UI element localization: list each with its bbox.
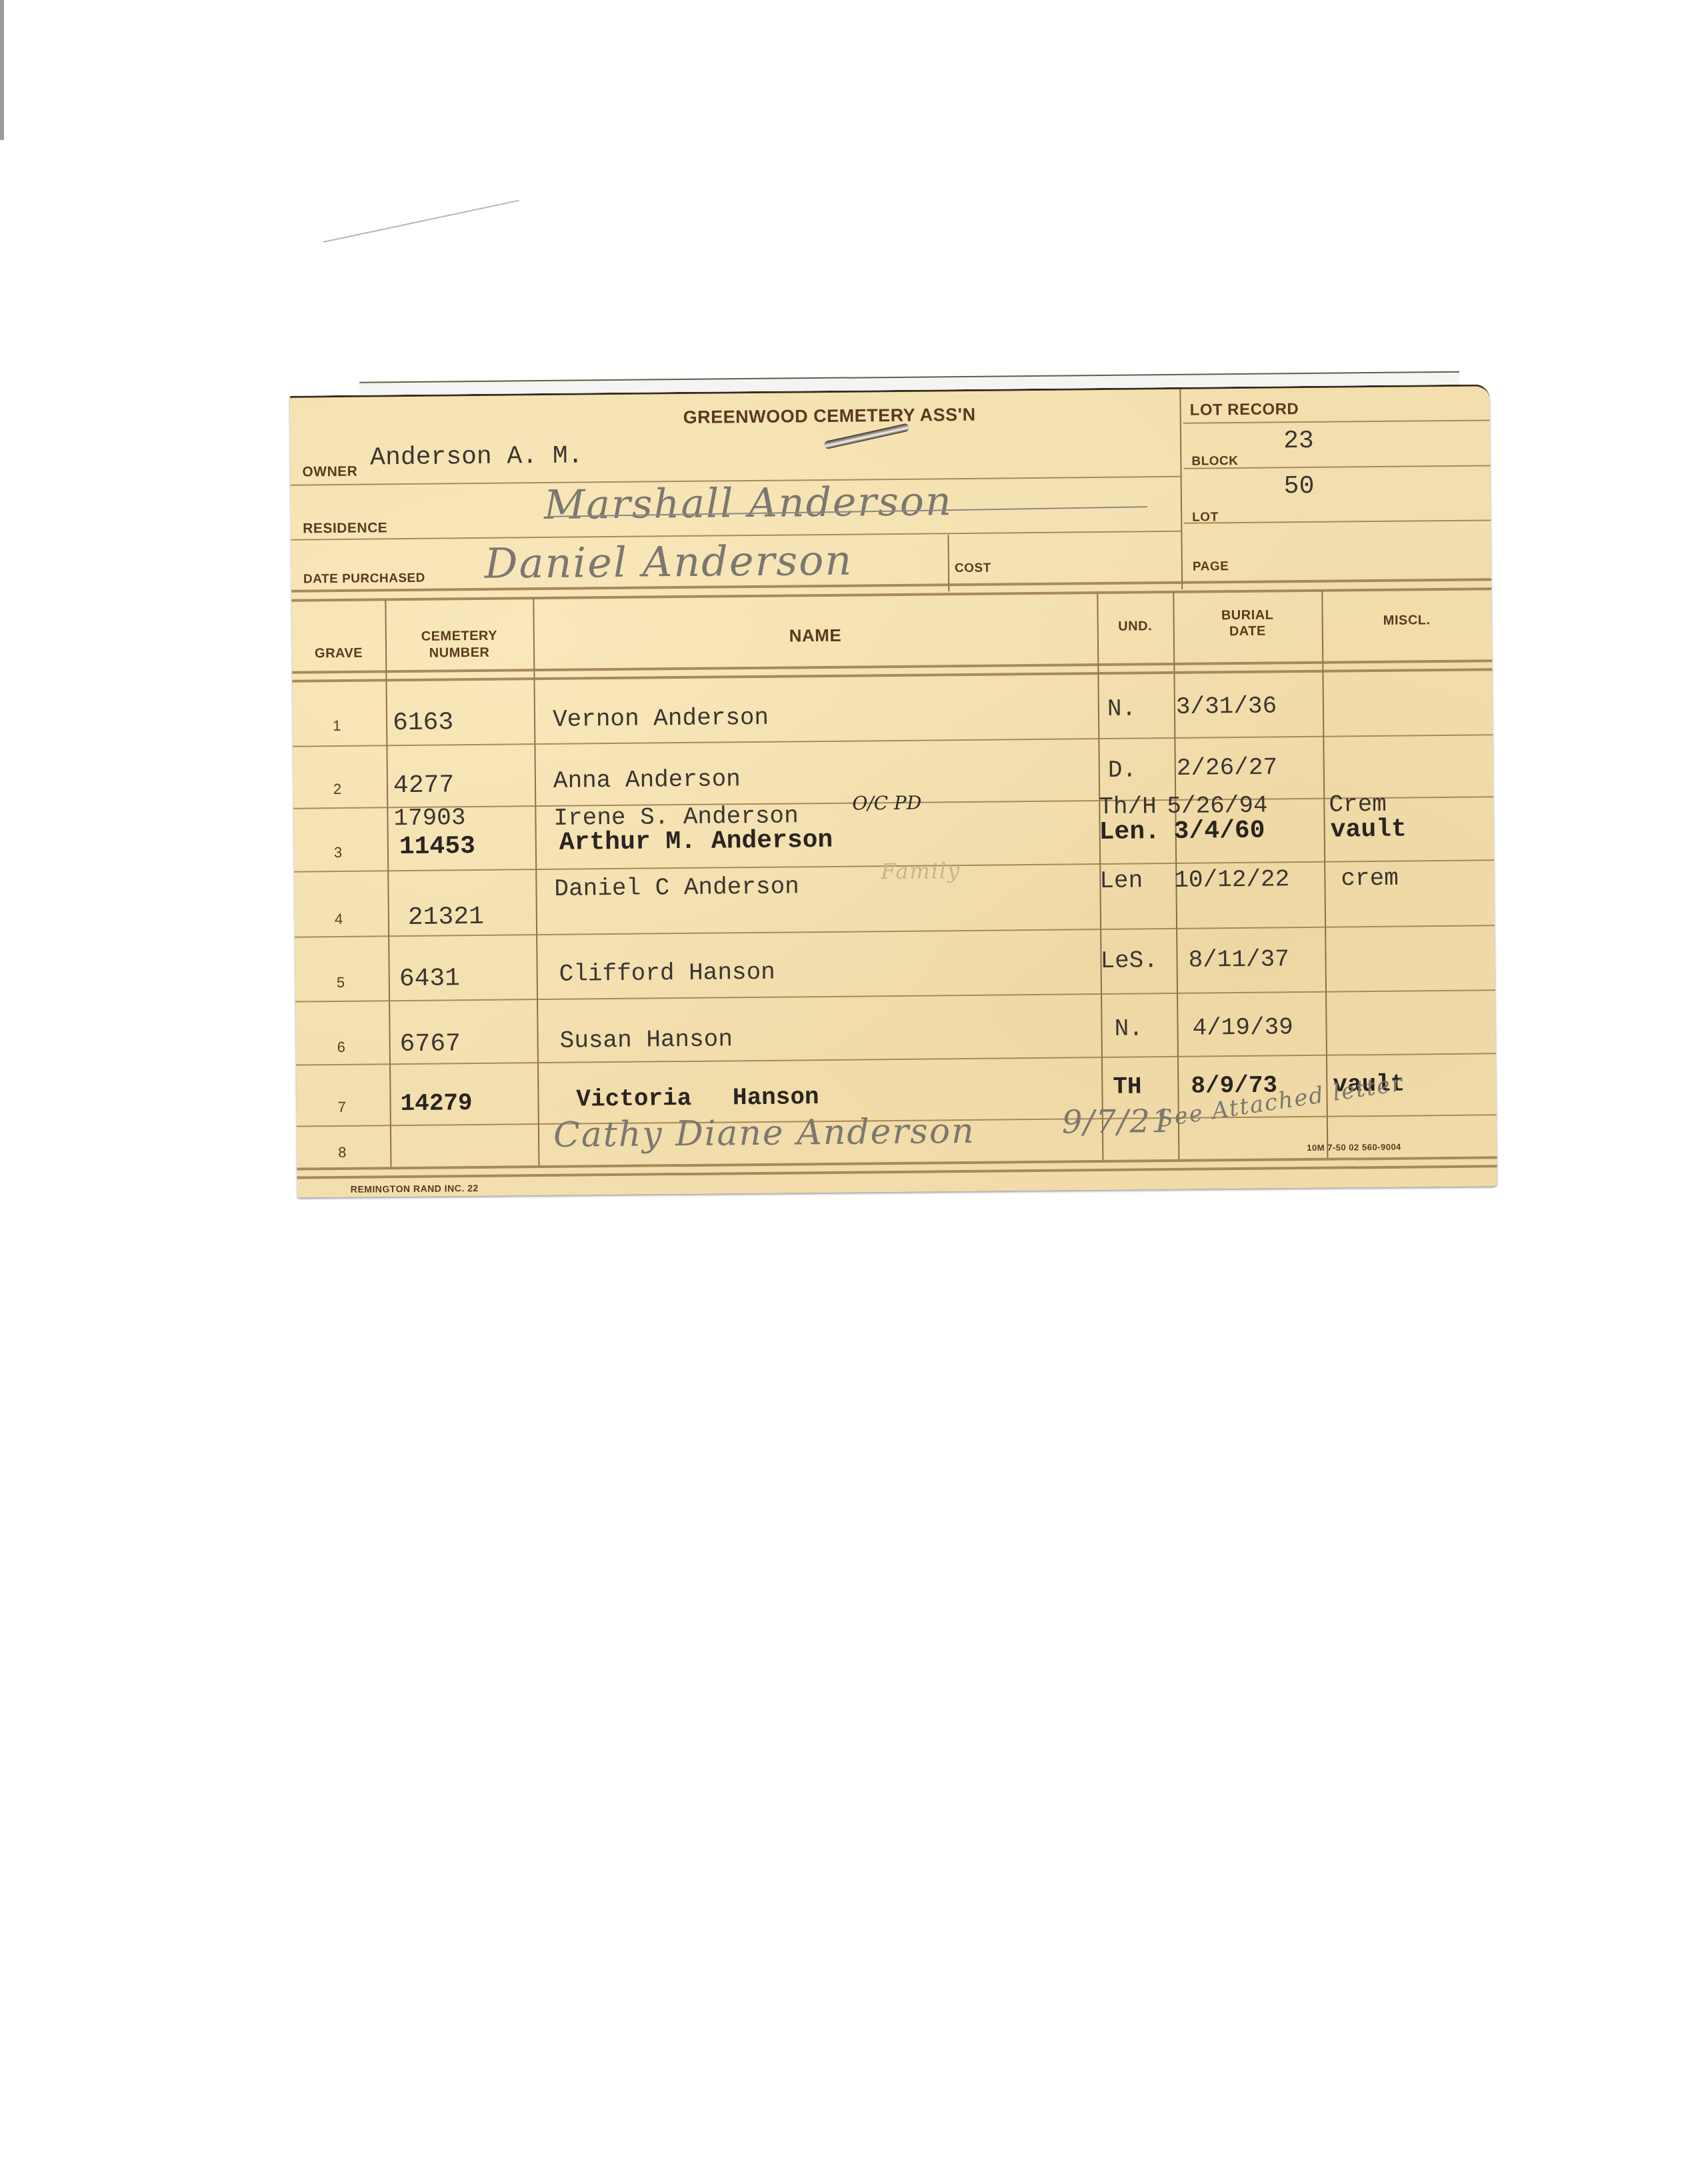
burial-date: 5/26/94 [1167, 792, 1268, 820]
und-code: D. [1108, 756, 1137, 783]
header-cemetery-number-2: NUMBER [385, 644, 533, 661]
misc-note: Crem [1329, 791, 1387, 819]
burial-date: 10/12/22 [1174, 865, 1289, 894]
header-name: NAME [533, 625, 1097, 646]
owner-label: OWNER [302, 464, 357, 481]
deceased-name: Vernon Anderson [553, 704, 769, 733]
lot-record-card-container: GREENWOOD CEMETERY ASS'N LOT RECORD BLOC… [289, 364, 1497, 1202]
lot-record-card: GREENWOOD CEMETERY ASS'N LOT RECORD BLOC… [289, 384, 1497, 1197]
misc-note: crem [1341, 865, 1399, 893]
deceased-name: Victoria Hanson [576, 1083, 819, 1113]
family-annotation: Family [881, 858, 961, 884]
date-purchased-handwritten: Daniel Anderson [484, 536, 853, 588]
cemetery-number: 21321 [408, 903, 484, 932]
und-code: Len. [1099, 817, 1161, 847]
row-rule-1 [293, 734, 1493, 747]
date-purchased-label: DATE PURCHASED [303, 571, 425, 587]
lot-record-divider [1179, 389, 1183, 589]
grave-number: 6 [337, 1039, 345, 1056]
residence-handwritten: Marshall Anderson [544, 478, 953, 529]
cemetery-title: GREENWOOD CEMETERY ASS'N [683, 405, 976, 428]
header-cemetery-number-1: CEMETERY [385, 627, 533, 645]
cemetery-number: 11453 [399, 832, 475, 861]
residence-label: RESIDENCE [303, 520, 387, 537]
deceased-name-handwritten: Cathy Diane Anderson [553, 1111, 975, 1155]
und-code: Th/H [1099, 793, 1157, 821]
burial-date: 3/4/60 [1174, 817, 1265, 846]
deceased-name: Clifford Hanson [559, 959, 775, 988]
deceased-name: Susan Hanson [559, 1025, 733, 1054]
page-label: PAGE [1193, 559, 1229, 575]
grave-number: 3 [334, 844, 342, 861]
row-rule-5 [295, 989, 1495, 1002]
grave-number: 8 [338, 1144, 346, 1161]
header-burial-date-2: DATE [1173, 623, 1322, 640]
row-rule-6 [296, 1053, 1496, 1065]
grave-number: 7 [338, 1099, 346, 1116]
burial-date: 4/19/39 [1192, 1013, 1293, 1041]
pencil-stray-mark [323, 200, 519, 243]
header-und: UND. [1097, 618, 1173, 635]
scan-edge-mark [0, 0, 4, 140]
col-divider-date [1321, 591, 1328, 1158]
deceased-name: Daniel C Anderson [554, 873, 799, 903]
header-burial-date-1: BURIAL [1173, 607, 1321, 624]
und-code: N. [1107, 695, 1137, 723]
burial-date: 2/26/27 [1177, 753, 1278, 781]
cemetery-number: 4277 [393, 771, 455, 800]
cost-label: COST [955, 561, 991, 577]
card-filing-slot [823, 423, 910, 449]
block-value: 23 [1283, 427, 1314, 455]
cemetery-number: 6431 [399, 964, 461, 993]
lot-record-label: LOT RECORD [1190, 400, 1299, 420]
und-code: Len [1099, 867, 1143, 895]
header-grave: GRAVE [292, 645, 385, 661]
header-miscl: MISCL. [1322, 611, 1492, 629]
misc-note: vault [1330, 815, 1406, 845]
und-code: TH [1113, 1073, 1142, 1100]
grave-number: 1 [333, 717, 341, 735]
cemetery-number: 17903 [393, 804, 465, 832]
cemetery-number: 6163 [393, 708, 454, 737]
cemetery-number: 14279 [400, 1089, 472, 1117]
lot-rule [1184, 519, 1491, 523]
col-divider-number [533, 599, 539, 1165]
burial-date: 3/31/36 [1176, 692, 1277, 720]
col-divider-grave [385, 600, 391, 1167]
printer-imprint: REMINGTON RAND INC. 22 [351, 1183, 479, 1195]
grave-number: 2 [333, 781, 341, 798]
und-code: LeS. [1100, 947, 1158, 975]
lot-record-rule [1183, 419, 1490, 423]
und-code: N. [1114, 1015, 1143, 1042]
deceased-name: Anna Anderson [553, 765, 741, 795]
grave-number: 5 [337, 974, 345, 991]
form-code: 10M 7-50 02 560-9004 [1307, 1142, 1401, 1153]
owner-value: Anderson A. M. [370, 441, 583, 472]
deceased-name: Arthur M. Anderson [559, 826, 833, 857]
cemetery-number: 6767 [400, 1029, 461, 1059]
lot-value: 50 [1284, 472, 1315, 501]
grave-number: 4 [335, 911, 343, 928]
burial-date: 8/11/37 [1188, 945, 1289, 973]
paid-annotation: O/C PD [852, 792, 921, 815]
